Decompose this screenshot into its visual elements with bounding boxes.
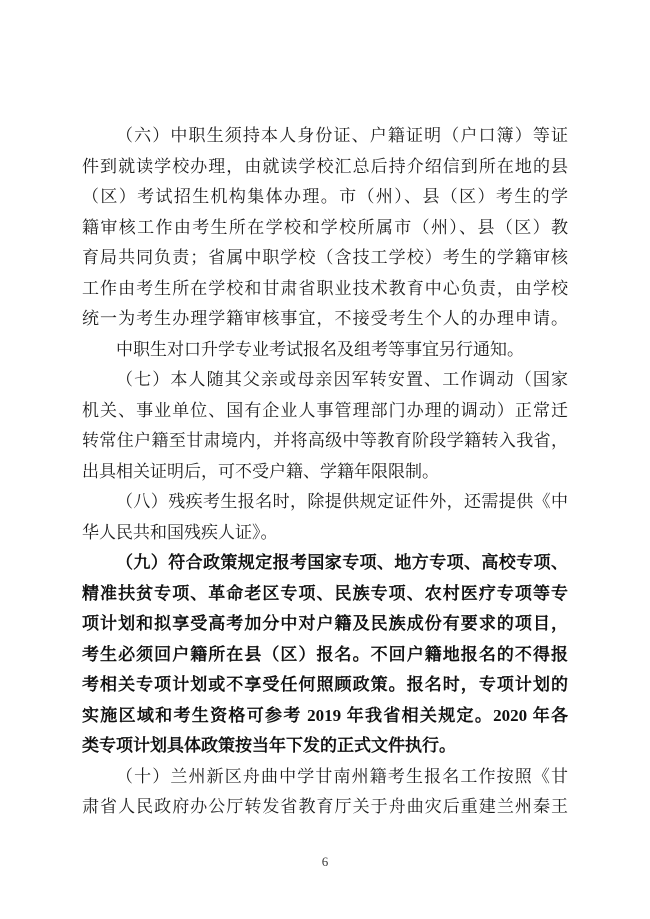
text-line: （八）残疾考生报名时，除提供规定证件外，还需提供《中 xyxy=(82,487,568,518)
para-note: 中职生对口升学专业考试报名及组考等事宜另行通知。 xyxy=(82,335,568,366)
text-line: 件到就读学校办理，由就读学校汇总后持介绍信到所在地的县 xyxy=(82,152,568,183)
text-line: 籍审核工作由考生所在学校和学校所属市（州）、县（区）教 xyxy=(82,213,568,244)
text-line: 肃省人民政府办公厅转发省教育厅关于舟曲灾后重建兰州秦王 xyxy=(82,792,568,823)
text-line: （十）兰州新区舟曲中学甘南州籍考生报名工作按照《甘 xyxy=(82,762,568,793)
text-line: 考相关专项计划或不享受任何照顾政策。报名时，专项计划的 xyxy=(82,670,568,701)
text-line: 中职生对口升学专业考试报名及组考等事宜另行通知。 xyxy=(82,335,568,366)
text-line: 机关、事业单位、国有企业人事管理部门办理的调动）正常迁 xyxy=(82,396,568,427)
document-page: （六）中职生须持本人身份证、户籍证明（户口簿）等证件到就读学校办理，由就读学校汇… xyxy=(0,0,650,919)
text-line: 考生必须回户籍所在县（区）报名。不回户籍地报名的不得报 xyxy=(82,640,568,671)
text-line: 华人民共和国残疾人证》。 xyxy=(82,518,568,549)
para-item-9: （九）符合政策规定报考国家专项、地方专项、高校专项、精准扶贫专项、革命老区专项、… xyxy=(82,548,568,762)
para-item-7: （七）本人随其父亲或母亲因军转安置、工作调动（国家机关、事业单位、国有企业人事管… xyxy=(82,365,568,487)
document-body: （六）中职生须持本人身份证、户籍证明（户口簿）等证件到就读学校办理，由就读学校汇… xyxy=(82,121,568,823)
para-item-10: （十）兰州新区舟曲中学甘南州籍考生报名工作按照《甘肃省人民政府办公厅转发省教育厅… xyxy=(82,762,568,823)
text-line: （七）本人随其父亲或母亲因军转安置、工作调动（国家 xyxy=(82,365,568,396)
text-line: 工作由考生所在学校和甘肃省职业技术教育中心负责，由学校 xyxy=(82,274,568,305)
text-line: 育局共同负责；省属中职学校（含技工学校）考生的学籍审核 xyxy=(82,243,568,274)
text-line: 项计划和拟享受高考加分中对户籍及民族成份有要求的项目， xyxy=(82,609,568,640)
page-number: 6 xyxy=(0,854,650,870)
para-item-6: （六）中职生须持本人身份证、户籍证明（户口簿）等证件到就读学校办理，由就读学校汇… xyxy=(82,121,568,335)
text-line: 统一为考生办理学籍审核事宜，不接受考生个人的办理申请。 xyxy=(82,304,568,335)
text-line: 精准扶贫专项、革命老区专项、民族专项、农村医疗专项等专 xyxy=(82,579,568,610)
text-line: 出具相关证明后，可不受户籍、学籍年限限制。 xyxy=(82,457,568,488)
text-line: （六）中职生须持本人身份证、户籍证明（户口簿）等证 xyxy=(82,121,568,152)
text-line: 类专项计划具体政策按当年下发的正式文件执行。 xyxy=(82,731,568,762)
text-line: 实施区域和考生资格可参考 2019 年我省相关规定。2020 年各 xyxy=(82,701,568,732)
para-item-8: （八）残疾考生报名时，除提供规定证件外，还需提供《中华人民共和国残疾人证》。 xyxy=(82,487,568,548)
text-line: 转常住户籍至甘肃境内，并将高级中等教育阶段学籍转入我省， xyxy=(82,426,568,457)
text-line: （区）考试招生机构集体办理。市（州）、县（区）考生的学 xyxy=(82,182,568,213)
text-line: （九）符合政策规定报考国家专项、地方专项、高校专项、 xyxy=(82,548,568,579)
